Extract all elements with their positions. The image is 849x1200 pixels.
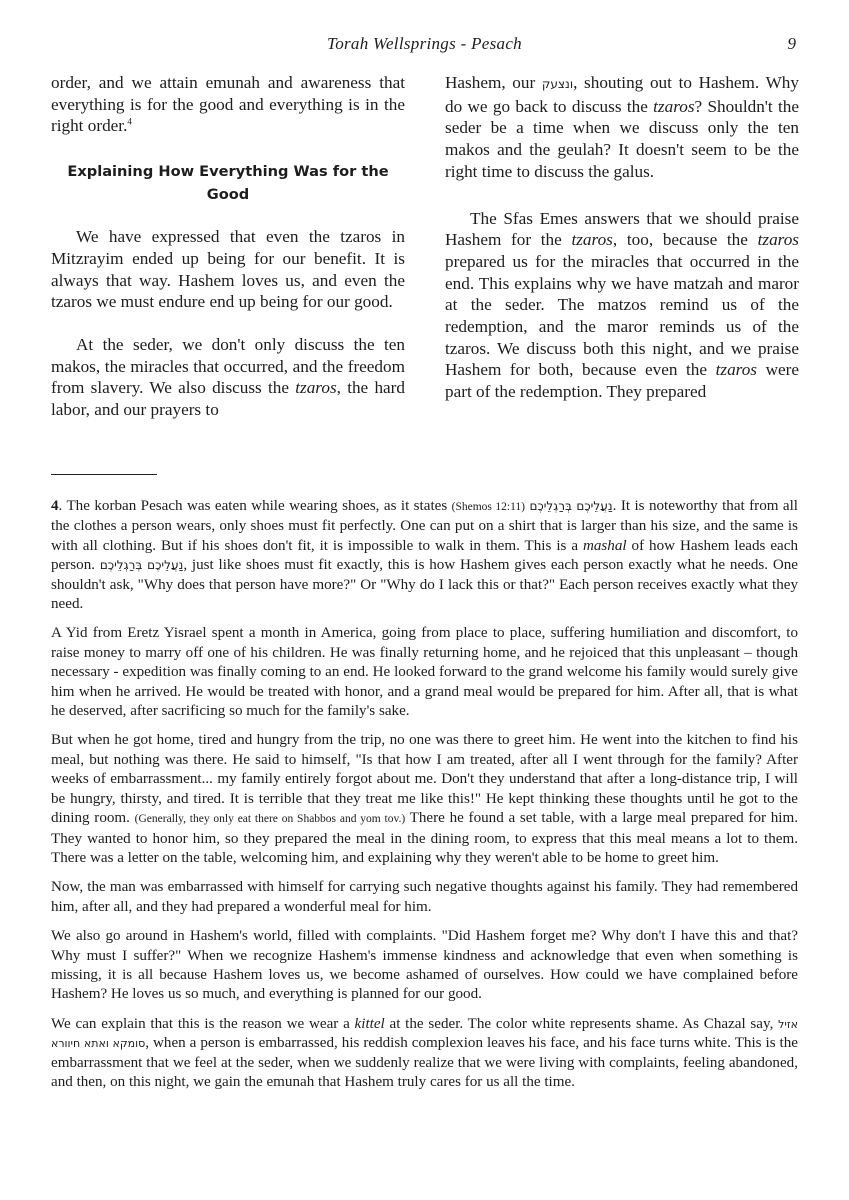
footnote-paragraph: 4. The korban Pesach was eaten while wea…: [51, 497, 798, 614]
page-number: 9: [788, 34, 797, 54]
footnotes: 4. The korban Pesach was eaten while wea…: [51, 497, 798, 1102]
source-citation: (Shemos 12:11): [452, 501, 525, 513]
footnote-paragraph: Now, the man was embarrassed with himsel…: [51, 878, 798, 917]
footnote-ref[interactable]: 4: [127, 117, 132, 127]
hebrew-text: נַעֲלֵיכֶם בְּרַגְלֵיכֶם: [529, 499, 612, 513]
running-header: Torah Wellsprings - Pesach 9: [0, 34, 849, 56]
footnote-number: 4: [51, 498, 59, 514]
right-column: Hashem, our ונצעק, shouting out to Hashe…: [445, 72, 799, 403]
paragraph: At the seder, we don't only discuss the …: [51, 334, 405, 421]
paragraph: We have expressed that even the tzaros i…: [51, 226, 405, 313]
hebrew-text: נַעֲלֵיכֶם בְּרַגְלֵיכֶם: [100, 558, 184, 572]
footnote-paragraph: We can explain that this is the reason w…: [51, 1015, 798, 1093]
footnote-paragraph: We also go around in Hashem's world, fil…: [51, 927, 798, 1005]
left-column: order, and we attain emunah and awarenes…: [51, 72, 405, 421]
book-title: Torah Wellsprings - Pesach: [0, 34, 849, 54]
footnote-divider: [51, 474, 157, 475]
paragraph: Hashem, our ונצעק, shouting out to Hashe…: [445, 72, 799, 183]
footnote-paragraph: But when he got home, tired and hungry f…: [51, 731, 798, 868]
section-heading: Explaining How Everything Was for the Go…: [51, 160, 405, 206]
hebrew-text: ונצעק: [542, 77, 573, 91]
paragraph: The Sfas Emes answers that we should pra…: [445, 208, 799, 403]
paragraph: order, and we attain emunah and awarenes…: [51, 72, 405, 137]
footnote-paragraph: A Yid from Eretz Yisrael spent a month i…: [51, 624, 798, 721]
